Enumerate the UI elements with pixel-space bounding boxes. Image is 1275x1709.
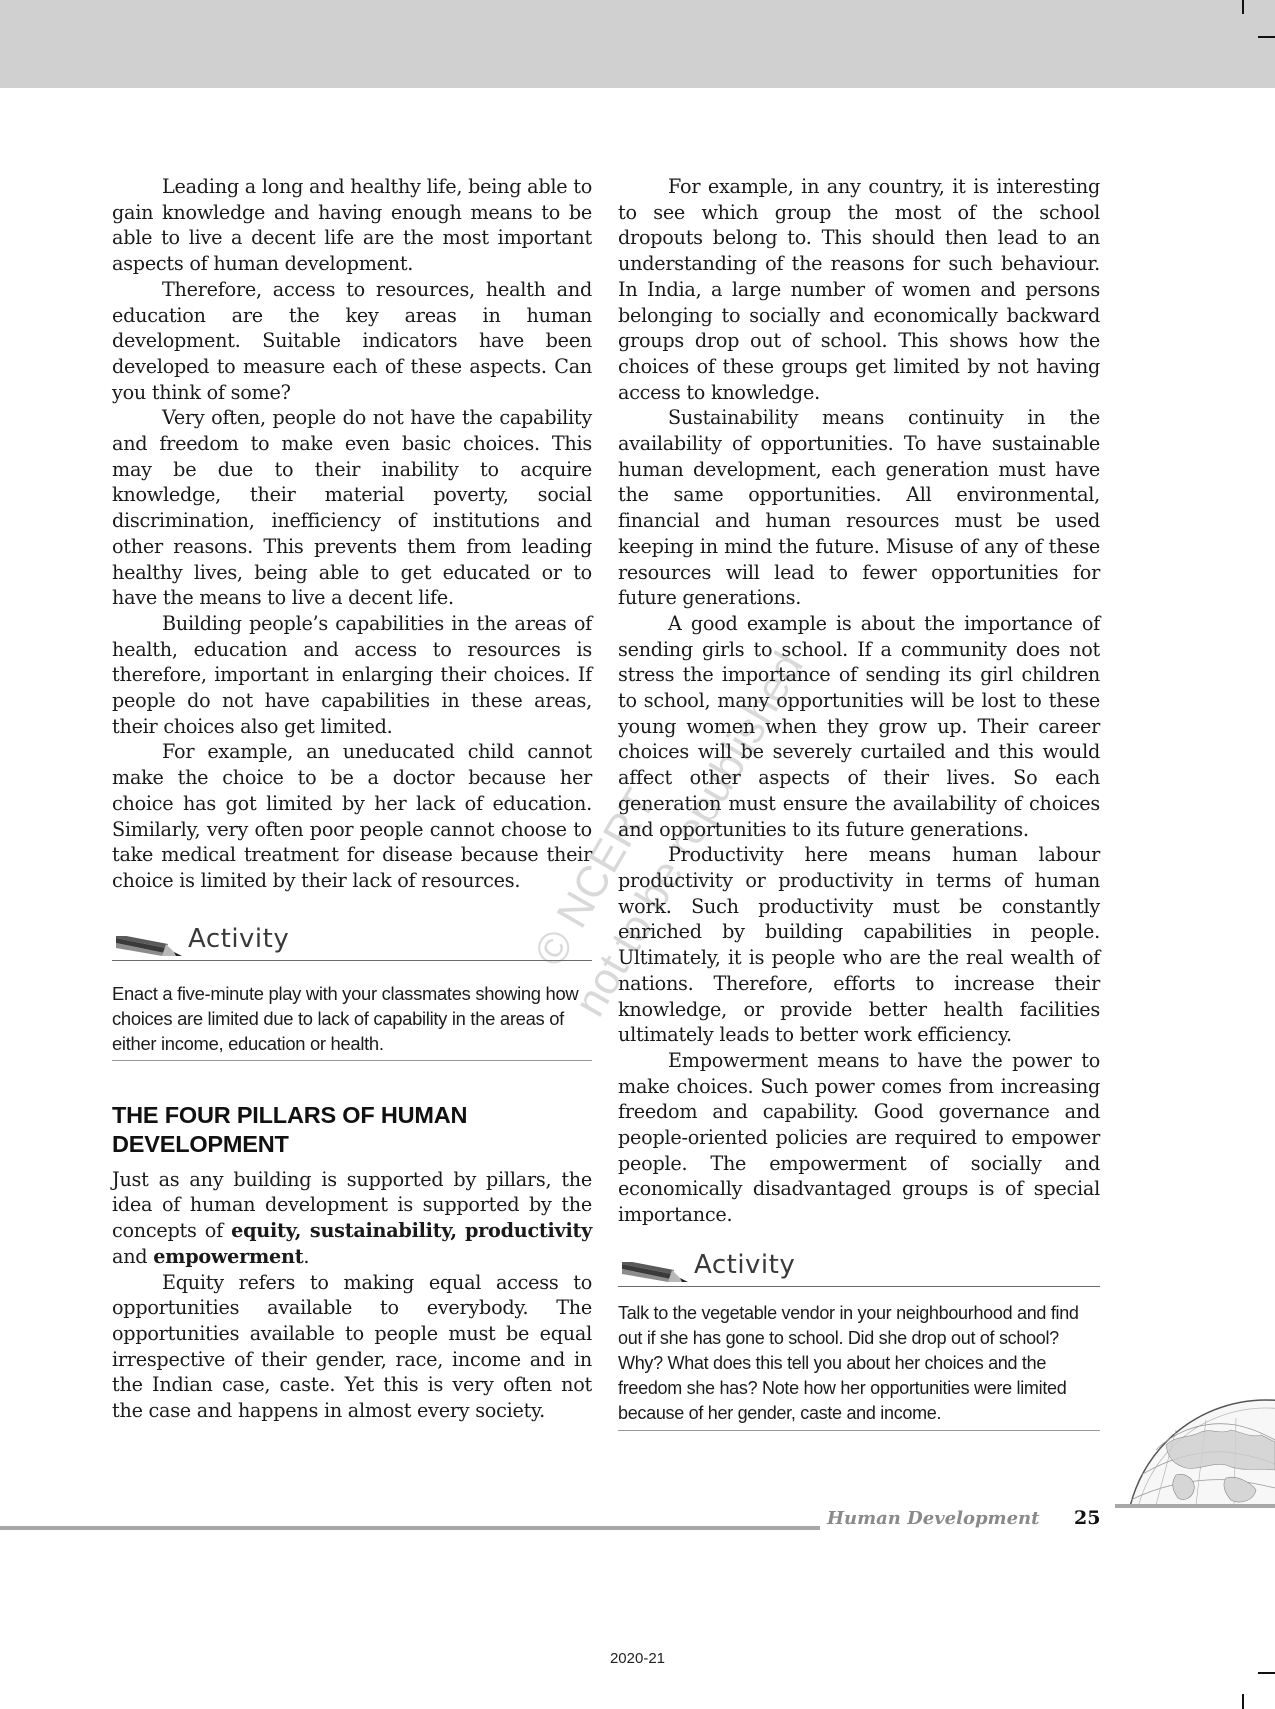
crop-mark-top-vertical: [1242, 0, 1244, 14]
term-productivity: productivity: [465, 1219, 592, 1242]
intro-and: and: [112, 1245, 153, 1268]
pencil-icon: [116, 936, 188, 956]
term-equity-sustainability: equity, sustainability,: [231, 1219, 457, 1242]
paragraph: Sustainability means continuity in the a…: [618, 405, 1100, 611]
footer-rule: [0, 1526, 820, 1530]
paragraph: Very often, people do not have the capab…: [112, 405, 592, 611]
activity-box: Activity Talk to the vegetable vendor in…: [618, 1254, 1100, 1431]
activity-header: Activity: [618, 1254, 1100, 1287]
globe-base-bar: [1115, 1504, 1275, 1508]
paragraph: Therefore, access to resources, health a…: [112, 277, 592, 406]
paragraph: Productivity here means human labour pro…: [618, 842, 1100, 1048]
activity-box: Activity Enact a five-minute play with y…: [112, 928, 592, 1061]
section-heading-line1: THE FOUR PILLARS OF HUMAN: [112, 1101, 592, 1130]
paragraph: For example, in any country, it is inter…: [618, 174, 1100, 405]
paragraph: Empowerment means to have the power to m…: [618, 1048, 1100, 1228]
activity-text: Talk to the vegetable vendor in your nei…: [618, 1287, 1100, 1431]
term-empowerment: empowerment: [153, 1245, 303, 1268]
pencil-icon: [622, 1262, 694, 1282]
top-gray-band: [0, 0, 1275, 88]
activity-text: Enact a five-minute play with your class…: [112, 961, 592, 1061]
section-intro: Just as any building is supported by pil…: [112, 1167, 592, 1270]
activity-title: Activity: [188, 924, 289, 954]
crop-mark-top-horizontal: [1258, 36, 1275, 38]
right-column: For example, in any country, it is inter…: [618, 174, 1100, 1431]
paragraph: A good example is about the importance o…: [618, 611, 1100, 842]
activity-header: Activity: [112, 928, 592, 961]
globe-map-illustration-icon: [1116, 1390, 1275, 1505]
paragraph: For example, an uneducated child cannot …: [112, 739, 592, 893]
page-number: 25: [1074, 1507, 1100, 1529]
section-heading: THE FOUR PILLARS OF HUMAN DEVELOPMENT: [112, 1101, 592, 1159]
year-stamp: 2020-21: [0, 1650, 1275, 1667]
left-column: Leading a long and healthy life, being a…: [112, 174, 592, 1424]
paragraph: Building people’s capabilities in the ar…: [112, 611, 592, 740]
paragraph: Leading a long and healthy life, being a…: [112, 174, 592, 277]
crop-mark-bottom-horizontal: [1258, 1672, 1275, 1674]
section-heading-line2: DEVELOPMENT: [112, 1130, 592, 1159]
crop-mark-bottom-vertical: [1242, 1694, 1244, 1709]
intro-suffix: .: [303, 1245, 309, 1268]
equity-paragraph: Equity refers to making equal access to …: [112, 1270, 592, 1424]
running-title: Human Development: [827, 1508, 1039, 1529]
activity-title: Activity: [694, 1250, 795, 1280]
